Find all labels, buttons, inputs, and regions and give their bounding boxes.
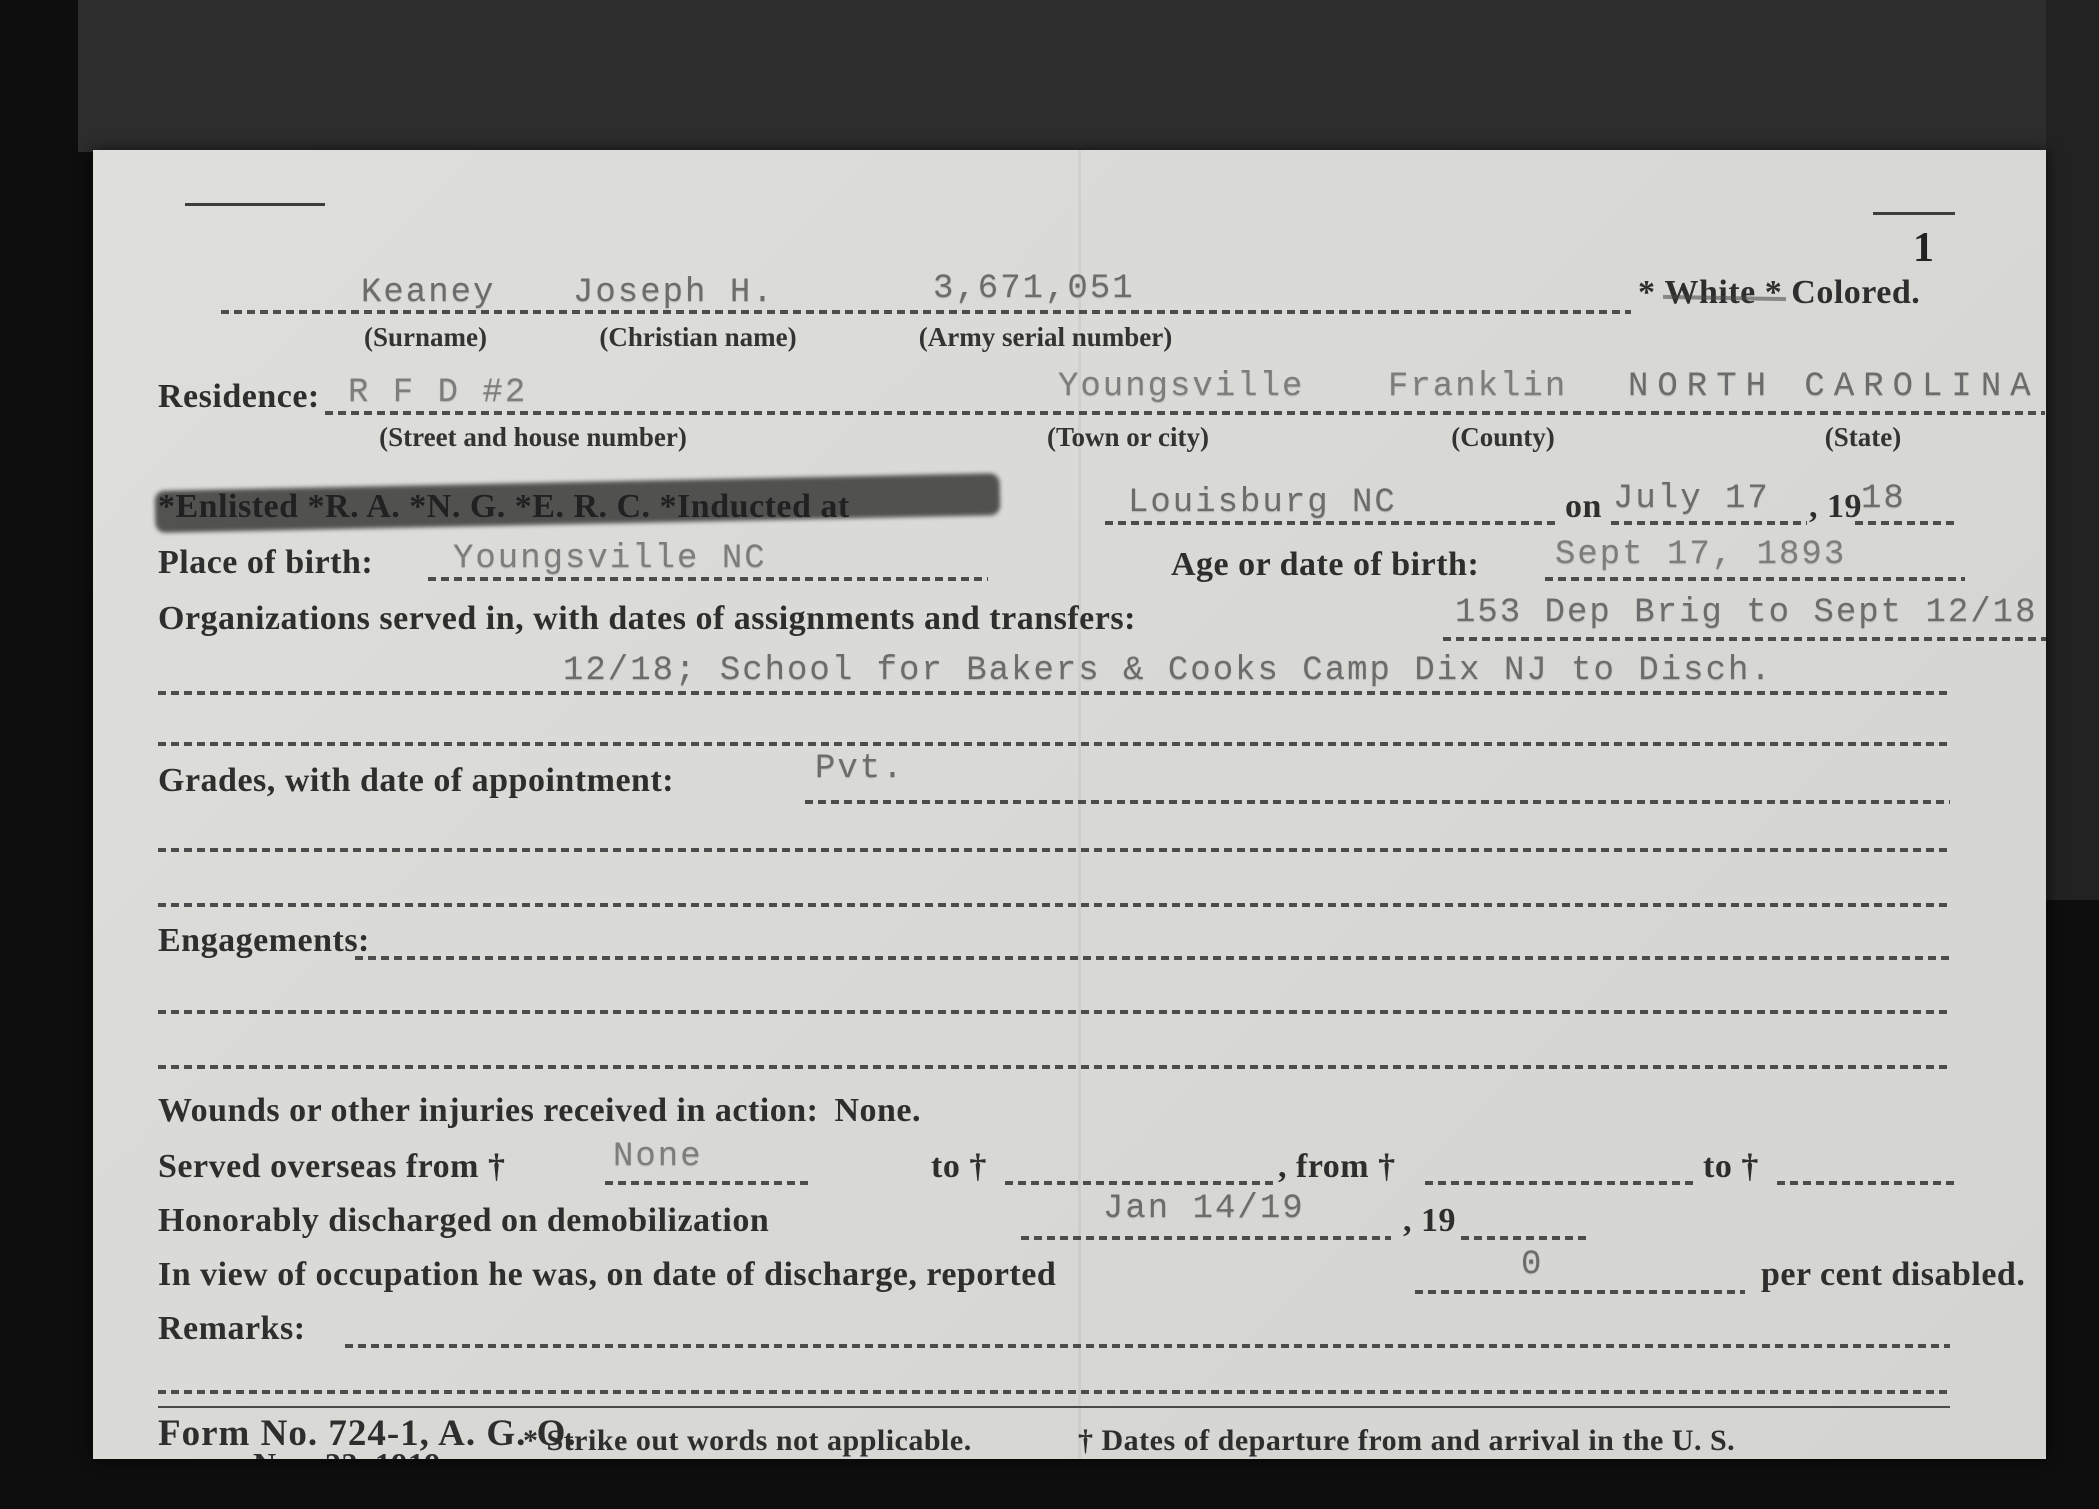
discharge-date-value: Jan 14/19 (1103, 1190, 1305, 1228)
blank-field-line (158, 1065, 1950, 1069)
surname-label: (Surname) (338, 322, 513, 353)
overseas-from1-value: None (613, 1138, 703, 1176)
overseas-to1-line (1005, 1181, 1273, 1185)
blank-field-line (158, 742, 1950, 746)
top-right-mark (1873, 212, 1955, 215)
state-label: (State) (1783, 422, 1943, 453)
surname-value: Keaney (361, 274, 495, 312)
discharge-year-label: , 19 (1403, 1202, 1456, 1240)
race-colored: Colored. (1791, 274, 1920, 311)
street-label: (Street and house number) (378, 422, 688, 453)
scanner-background-band-right (2046, 0, 2099, 900)
remarks-line (345, 1344, 1950, 1348)
organizations-line2-value: 12/18; School for Bakers & Cooks Camp Di… (563, 652, 1773, 690)
town-label: (Town or city) (973, 422, 1283, 453)
disability-label: In view of occupation he was, on date of… (158, 1256, 1056, 1294)
overseas-from1-line (605, 1181, 810, 1185)
wounds-value: None. (834, 1092, 921, 1129)
form-date: Nov. 22, 1919. (253, 1446, 449, 1459)
county-value: Franklin (1388, 368, 1567, 406)
blank-field-line (158, 1010, 1950, 1014)
wounds-label: Wounds or other injuries received in act… (158, 1092, 818, 1129)
discharge-year-line (1461, 1236, 1591, 1240)
grades-label: Grades, with date of appointment: (158, 762, 674, 800)
induction-year-value: 18 (1861, 480, 1906, 518)
page-number: 1 (1913, 224, 1934, 272)
race-asterisk-2: * (1756, 274, 1792, 311)
induction-date-line (1611, 521, 1807, 525)
overseas-to2-label: to † (1703, 1148, 1759, 1186)
birthdate-label: Age or date of birth: (1171, 546, 1479, 584)
birthplace-label: Place of birth: (158, 544, 373, 582)
discharge-label: Honorably discharged on demobilization (158, 1202, 769, 1240)
birthplace-value: Youngsville NC (453, 540, 767, 578)
disability-line (1415, 1290, 1745, 1294)
overseas-to2-line (1777, 1181, 1957, 1185)
organizations-label: Organizations served in, with dates of a… (158, 600, 1136, 638)
induction-date-value: July 17 (1613, 480, 1770, 518)
organizations-line2-rule (158, 691, 1950, 695)
race-white-struck-out: White (1665, 274, 1756, 312)
christian-name-value: Joseph H. (573, 274, 775, 312)
overseas-from2-label: , from † (1278, 1148, 1396, 1186)
organizations-line1-rule (1443, 637, 2046, 641)
army-serial-number-value: 3,671,051 (933, 270, 1135, 308)
disability-value: 0 (1521, 1246, 1543, 1284)
remarks-label: Remarks: (158, 1310, 306, 1348)
race-selection: * White * Colored. (1638, 274, 1920, 312)
dagger-note: † Dates of departure from and arrival in… (1078, 1424, 1735, 1458)
footer-rule (158, 1406, 1950, 1408)
grade-value: Pvt. (815, 750, 905, 788)
race-asterisk-1: * (1638, 274, 1665, 311)
overseas-to1-label: to † (931, 1148, 987, 1186)
county-label: (County) (1403, 422, 1603, 453)
engagements-line (355, 956, 1950, 960)
blank-field-line (158, 1390, 1950, 1394)
wounds-row: Wounds or other injuries received in act… (158, 1092, 921, 1130)
birthdate-value: Sept 17, 1893 (1555, 536, 1846, 574)
overseas-from1-label: Served overseas from † (158, 1148, 505, 1186)
birthdate-line (1545, 577, 1965, 581)
induction-year-line (1855, 521, 1955, 525)
state-value: NORTH CAROLINA (1628, 368, 2040, 406)
christian-name-label: (Christian name) (583, 322, 813, 353)
grades-line (805, 800, 1950, 804)
disability-suffix: per cent disabled. (1761, 1256, 2025, 1294)
organizations-line1-value: 153 Dep Brig to Sept 12/18 (1455, 594, 2038, 632)
strike-out-note: * Strike out words not applicable. (523, 1424, 972, 1458)
discharge-date-line (1021, 1236, 1391, 1240)
residence-label: Residence: (158, 378, 320, 416)
army-serial-number-label: (Army serial number) (908, 322, 1183, 353)
top-left-mark (185, 203, 325, 206)
overseas-from2-line (1425, 1181, 1693, 1185)
service-record-card: 1 Keaney Joseph H. 3,671,051 * White * C… (93, 150, 2046, 1459)
scanner-background-band (78, 0, 2099, 152)
residence-field-line (325, 411, 2045, 415)
enlistment-strikeout-smudge (155, 473, 1001, 533)
engagements-label: Engagements: (158, 922, 370, 960)
blank-field-line (158, 848, 1950, 852)
street-value: R F D #2 (348, 374, 527, 412)
induction-place-value: Louisburg NC (1128, 484, 1397, 522)
blank-field-line (158, 903, 1950, 907)
town-value: Youngsville (1058, 368, 1304, 406)
induction-on-label: on (1565, 488, 1602, 526)
